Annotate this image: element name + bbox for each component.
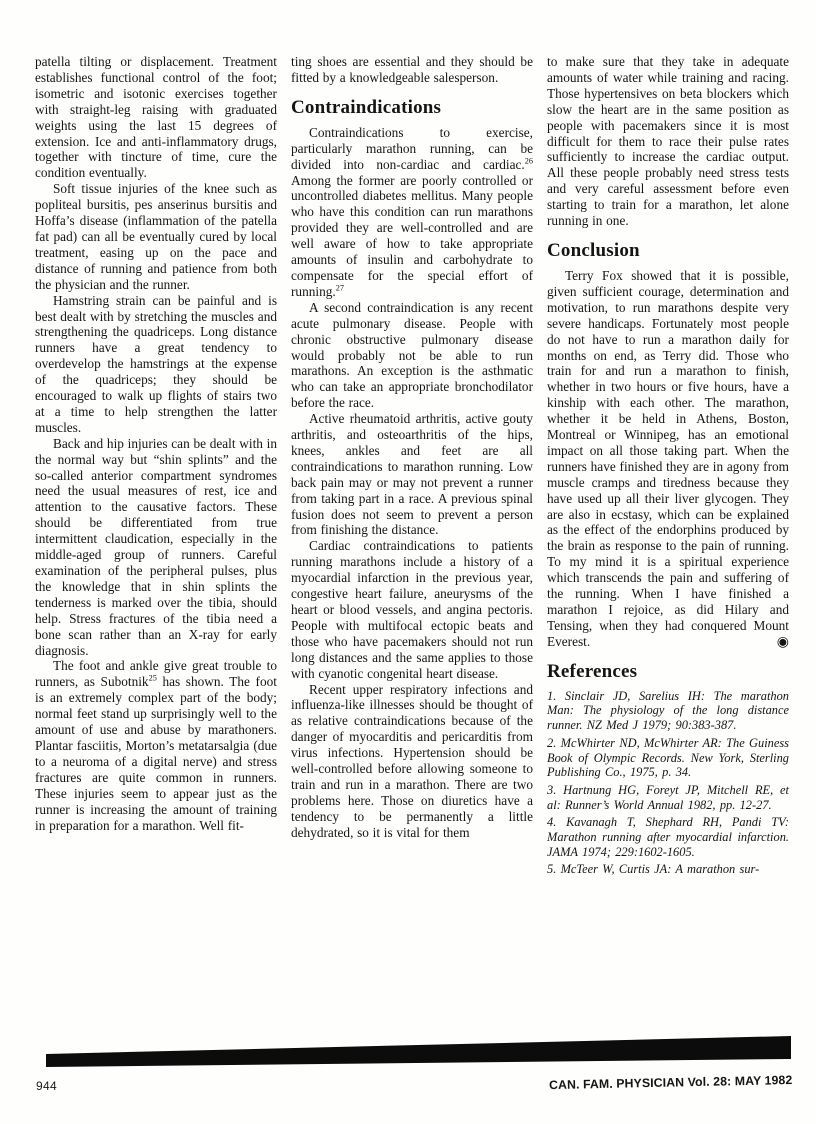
paragraph: Cardiac contraindications to patients ru… <box>291 538 533 681</box>
section-heading: References <box>547 661 789 682</box>
reference-item: 5. McTeer W, Curtis JA: A marathon sur- <box>547 862 789 877</box>
reference-item: 2. McWhirter ND, McWhirter AR: The Guine… <box>547 736 789 780</box>
text-column-2: ting shoes are essential and they should… <box>291 54 533 880</box>
paragraph: Soft tissue injuries of the knee such as… <box>35 181 277 292</box>
reference-item: 3. Hartnung HG, Foreyt JP, Mitchell RE, … <box>547 783 789 812</box>
paragraph: Recent upper respiratory infections and … <box>291 682 533 841</box>
paragraph: ting shoes are essential and they should… <box>291 54 533 86</box>
paragraph: The foot and ankle give great trouble to… <box>35 658 277 833</box>
paragraph: Active rheumatoid arthritis, active gout… <box>291 411 533 538</box>
paragraph: A second contraindication is any recent … <box>291 300 533 411</box>
reference-superscript: 26 <box>525 156 533 165</box>
text-column-3: to make sure that they take in adequate … <box>547 54 789 880</box>
scan-artifact-bar <box>46 1036 791 1068</box>
paragraph: Hamstring strain can be painful and is b… <box>35 293 277 436</box>
text-column-1: patella tilting or displacement. Treatme… <box>35 54 277 880</box>
reference-item: 1. Sinclair JD, Sarelius IH: The maratho… <box>547 689 789 733</box>
end-of-article-icon: ◉ <box>759 635 789 650</box>
reference-item: 4. Kavanagh T, Shephard RH, Pandi TV: Ma… <box>547 815 789 859</box>
paragraph: patella tilting or displacement. Treatme… <box>35 54 277 181</box>
paragraph: Terry Fox showed that it is possible, gi… <box>547 268 789 650</box>
paragraph: to make sure that they take in adequate … <box>547 54 789 229</box>
reference-superscript: 25 <box>149 674 157 683</box>
journal-citation-line: CAN. FAM. PHYSICIAN Vol. 28: MAY 1982 <box>549 1073 793 1092</box>
section-heading: Contraindications <box>291 97 533 118</box>
journal-page: patella tilting or displacement. Treatme… <box>0 0 816 1124</box>
article-body: patella tilting or displacement. Treatme… <box>35 54 791 880</box>
reference-superscript: 27 <box>336 283 344 292</box>
paragraph: Back and hip injuries can be dealt with … <box>35 436 277 659</box>
paragraph: Contraindications to exercise, particula… <box>291 125 533 300</box>
section-heading: Conclusion <box>547 240 789 261</box>
page-number: 944 <box>36 1079 57 1093</box>
